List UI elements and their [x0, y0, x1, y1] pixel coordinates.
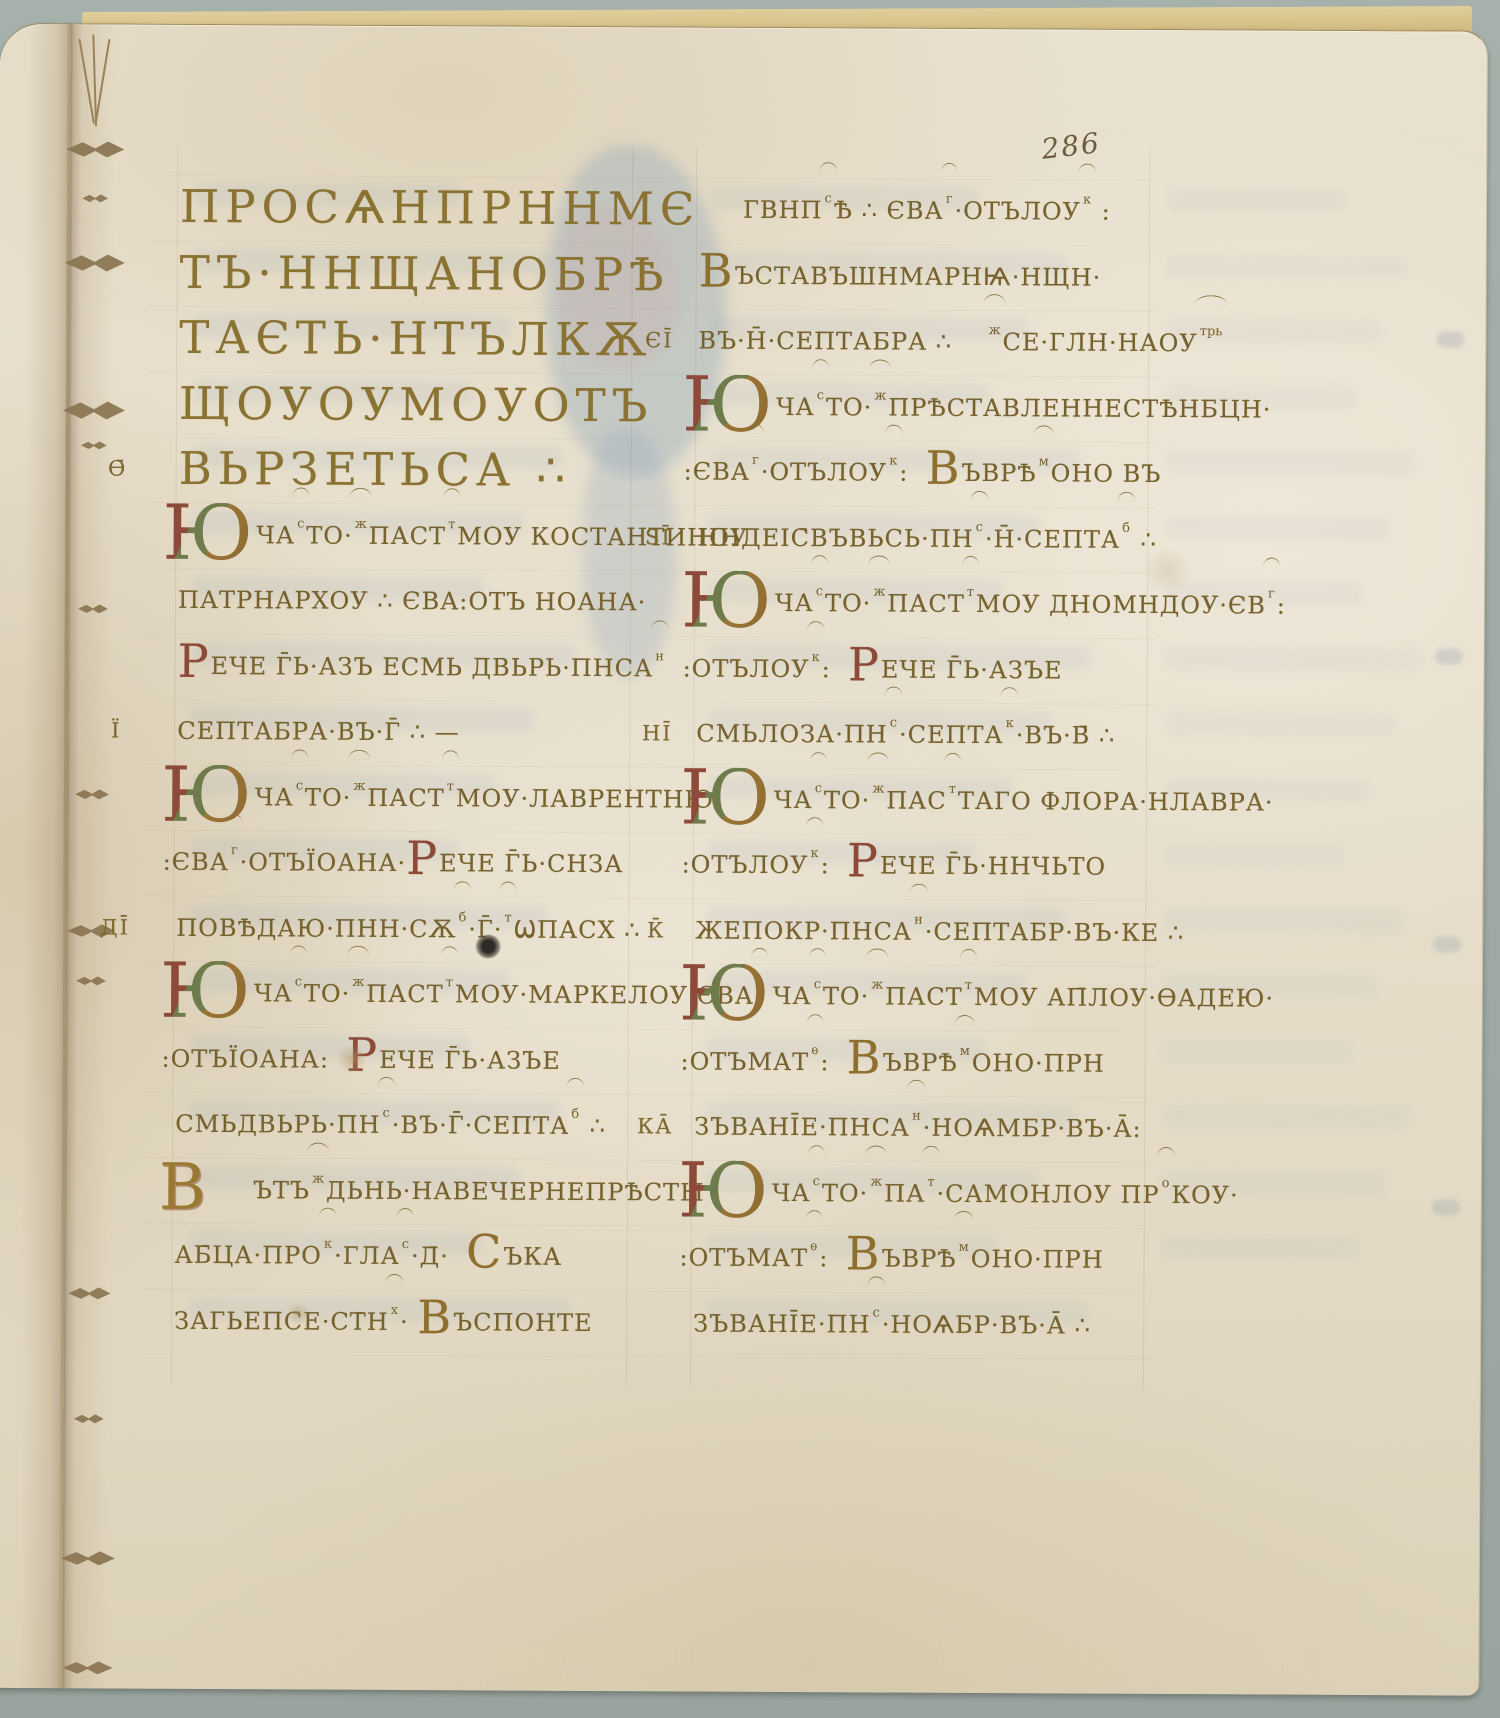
superscript-letter: ж	[872, 757, 884, 821]
superscript-letter: г	[231, 819, 238, 883]
superscript-letter: т	[504, 886, 512, 950]
bleedthrough-text-bar	[1163, 908, 1404, 932]
inline-initial-letter: С	[466, 1224, 502, 1278]
text-line: ЗЪВАНІ̄Е·ПНс·НОѦБР·ВЪ·А̄ ∴	[693, 1291, 1145, 1359]
text-line: ЮЧАсТО·жПАСТтМОУ КОСТАНТИНОУ	[178, 502, 630, 570]
sewing-station	[78, 604, 108, 613]
bleedthrough-margin-mark	[1435, 648, 1463, 664]
margin-numeral: Ѳ̄	[83, 436, 153, 500]
superscript-letter: б	[458, 886, 466, 950]
superscript-letter: с	[817, 364, 825, 428]
superscript-letter: с	[816, 560, 824, 624]
superscript-letter: г	[1268, 563, 1275, 627]
left-text-column: ПРОСѦНПРННМЄТЪ·ННЩАНОБРѢТАЄТЬ·НТЪЛКѪЩОУО…	[174, 175, 632, 1356]
superscript-letter: трь	[1200, 300, 1223, 364]
text-line: :ЄВАг·ОТЪЇОАНА·РЕЧЕ Г̄Ь·СНЗА	[162, 830, 628, 898]
binding-gutter	[19, 24, 116, 1688]
superscript-letter: ѳ	[811, 1019, 819, 1083]
superscript-letter: т	[927, 1150, 935, 1214]
margin-numeral: ЄІ̄	[632, 308, 686, 372]
superscript-letter: м	[1038, 430, 1048, 494]
parchment-spot	[285, 1303, 311, 1323]
inline-initial-letter: Р	[178, 633, 210, 687]
superscript-letter: ж	[873, 560, 885, 624]
superscript-letter: х	[391, 1278, 399, 1342]
margin-numeral: ДІ̄	[80, 895, 150, 959]
text-line: ТЪ·ННЩАНОБРѢ	[180, 240, 632, 308]
superscript-letter: с	[402, 1213, 410, 1277]
ornate-initial: Ю	[162, 502, 254, 562]
superscript-letter: т	[446, 951, 454, 1015]
text-line: ТАЄТЬ·НТЪЛКѪ	[179, 306, 631, 374]
sewing-station	[74, 1414, 104, 1423]
superscript-letter: к	[811, 626, 819, 690]
superscript-letter: ж	[353, 754, 365, 818]
text-line: :ЄВАг·ОТЪЛОУк: ВЪВРѢмОНО ВЪ	[683, 439, 1149, 507]
margin-numeral: НІ̄	[630, 701, 684, 765]
inline-initial-letter: В	[847, 1030, 882, 1084]
binding-thread	[95, 39, 111, 122]
inline-initial-letter: В	[926, 441, 961, 495]
inline-initial-letter: Р	[848, 637, 880, 691]
bleedthrough-text-bar	[1164, 712, 1396, 736]
bleedthrough-text-bar	[1163, 1039, 1352, 1063]
superscript-letter: г	[752, 429, 759, 493]
text-line: ЮЧАсТО·жПРѢСТАВЛЕННЕСТѢНБЦН·	[698, 374, 1150, 442]
superscript-letter: с	[814, 953, 822, 1017]
sewing-station	[75, 789, 109, 799]
ornate-initial: Ю	[160, 961, 252, 1021]
superscript-letter: т	[447, 755, 455, 819]
sewing-station	[82, 194, 108, 202]
inline-initial-letter: Р	[406, 831, 438, 885]
text-line: ЮЧАсТО·жПАСТтМОУ АП̄ЛОУ·ѲАДЕЮ·	[695, 964, 1147, 1032]
text-line: ВЪСТАВЪШНМАРНѨ·НЩН·	[699, 243, 1151, 311]
text-line: СМЬДВЬРЬ·ПНс·ВЪ·Г̄·СЕПТАб ∴	[175, 1092, 627, 1160]
bleedthrough-margin-mark	[1432, 1199, 1460, 1215]
sewing-station	[68, 1287, 110, 1299]
superscript-letter: с	[813, 1150, 821, 1214]
margin-numeral: КА̄	[628, 1094, 682, 1158]
text-line: ЮЧАсТО·жПАт·САМОНЛОУ ПРоКОУ·	[694, 1160, 1146, 1228]
text-line: ЮЧАсТО·жПАСтТАГО ФЛОРА·НЛАВРА·	[696, 767, 1148, 835]
text-line: :ОТЪЛОУк: РЕЧЕ Г̄Ь·АЗЪЕ	[682, 636, 1148, 704]
superscript-letter: ж	[312, 1147, 324, 1211]
sewing-station	[62, 1661, 112, 1674]
superscript-letter: б	[571, 1083, 579, 1147]
bleedthrough-text-bar	[1166, 319, 1381, 343]
photograph-of-manuscript: 286 ПРОСѦНПРННМЄТЪ·ННЩАНОБРѢТАЄТЬ·НТЪЛКѪ…	[0, 0, 1500, 1718]
bleedthrough-text-bar	[1165, 515, 1388, 539]
superscript-letter: ж	[871, 953, 883, 1017]
text-line: ГВНПсѢ ∴ ЄВАг·ОТЪЛОУк :	[699, 178, 1151, 246]
superscript-letter: с	[975, 495, 983, 559]
bleedthrough-margin-mark	[1433, 936, 1461, 952]
text-line: :ОТЪМАТѳ: ВЪВРѢмОНО·ПРН	[679, 1225, 1145, 1293]
margin-numeral: Ї	[81, 698, 151, 762]
superscript-letter: с	[872, 1281, 880, 1345]
superscript-letter: т	[949, 757, 957, 821]
superscript-letter: т	[965, 954, 973, 1018]
ink-blot	[475, 934, 501, 958]
gutter-crease	[59, 24, 71, 1688]
sewing-station	[63, 401, 125, 419]
superscript-letter: о	[1161, 1151, 1169, 1215]
parchment-page: 286 ПРОСѦНПРННМЄТЪ·ННЩАНОБРѢТАЄТЬ·НТЪЛКѪ…	[0, 23, 1488, 1696]
superscript-letter: с	[890, 692, 898, 756]
folio-number: 286	[1040, 126, 1103, 166]
ornate-initial: Ю	[681, 570, 773, 630]
sewing-station	[66, 141, 124, 157]
ornate-initial: Ю	[679, 963, 771, 1023]
bleedthrough-text-bar	[1164, 843, 1344, 867]
superscript-letter: с	[297, 492, 305, 556]
margin-numeral: ЅІ̄	[631, 505, 685, 569]
ornate-initial: Ю	[680, 767, 772, 827]
superscript-letter: н	[912, 1085, 921, 1149]
superscript-letter: н	[914, 888, 923, 952]
text-line: ЮЧАсТО·жПАСТтМОУ ДНОМНДОУ·ЄВг:	[697, 571, 1149, 639]
superscript-letter: ж	[989, 299, 1001, 363]
superscript-letter: ж	[874, 364, 886, 428]
text-line: ПАТРНАРХОУ ∴ ЄВА:ОТЪ НОАНА·	[178, 568, 630, 636]
superscript-letter: т	[448, 493, 456, 557]
sewing-station	[76, 976, 106, 985]
superscript-letter: б	[1122, 496, 1130, 560]
text-line: ЮЧАсТО·жПАСТтМОУ·МАРКЕЛОУ·ЄВАг	[176, 961, 628, 1029]
superscript-letter: к	[1006, 692, 1014, 756]
superscript-letter: ж	[352, 951, 364, 1015]
superscript-letter: ѳ	[810, 1215, 818, 1279]
bleedthrough-margin-mark	[1436, 331, 1464, 347]
superscript-letter: с	[295, 950, 303, 1014]
sewing-station	[65, 254, 125, 271]
superscript-letter: к	[810, 822, 818, 886]
inline-initial-letter: В	[417, 1290, 452, 1344]
bleedthrough-text-bar	[1167, 253, 1408, 277]
ornate-initial: В	[159, 1157, 207, 1217]
superscript-letter: ж	[870, 1150, 882, 1214]
ornate-initial: Ю	[678, 1160, 770, 1220]
inline-initial-letter: В	[699, 243, 734, 297]
bleedthrough-text-bar	[1165, 646, 1423, 670]
superscript-letter: к	[889, 430, 897, 494]
superscript-letter: г	[946, 168, 953, 232]
bleedthrough-text-bar	[1162, 1105, 1411, 1129]
superscript-letter: н	[655, 625, 664, 689]
superscript-letter: т	[967, 561, 975, 625]
margin-numeral: К̄	[629, 898, 683, 962]
superscript-letter: с	[296, 754, 304, 818]
bleedthrough-text-bar	[1167, 188, 1347, 212]
sewing-station	[61, 1551, 115, 1565]
parchment-spot	[1137, 550, 1197, 590]
superscript-letter: с	[824, 167, 832, 231]
text-line: ЮЧАсТО·жПАСТтМОУ·ЛАВРЕНТНЮ·	[177, 764, 629, 832]
superscript-letter: ж	[355, 492, 367, 556]
bleedthrough-text-bar	[1162, 1236, 1359, 1260]
superscript-letter: к	[324, 1213, 332, 1277]
inline-initial-letter: В	[846, 1226, 881, 1280]
text-line: РЕЧЕ Г̄Ь·АЗЪ ЕСМЬ ДВЬРЬ·ПНСАн	[177, 633, 629, 701]
bleedthrough-text-bar	[1166, 450, 1415, 474]
superscript-letter: м	[960, 1019, 970, 1083]
text-line: ЩОУОУМОУОТЪ	[179, 371, 631, 439]
right-text-column: ГВНПсѢ ∴ ЄВАг·ОТЪЛОУк :ВЪСТАВЪШНМАРНѨ·НЩ…	[693, 178, 1151, 1359]
parchment-spot	[335, 1046, 369, 1072]
text-line: ПРОСѦНПРННМЄ	[180, 175, 632, 243]
superscript-letter: с	[815, 757, 823, 821]
text-line: ЗАГЬЕПС̄Е·СТ̄Нх· ВЪСПОНТЕ	[174, 1288, 626, 1356]
inline-initial-letter: Р	[847, 833, 879, 887]
superscript-letter: м	[959, 1216, 969, 1280]
superscript-letter: с	[382, 1082, 390, 1146]
superscript-letter: к	[1083, 169, 1091, 233]
